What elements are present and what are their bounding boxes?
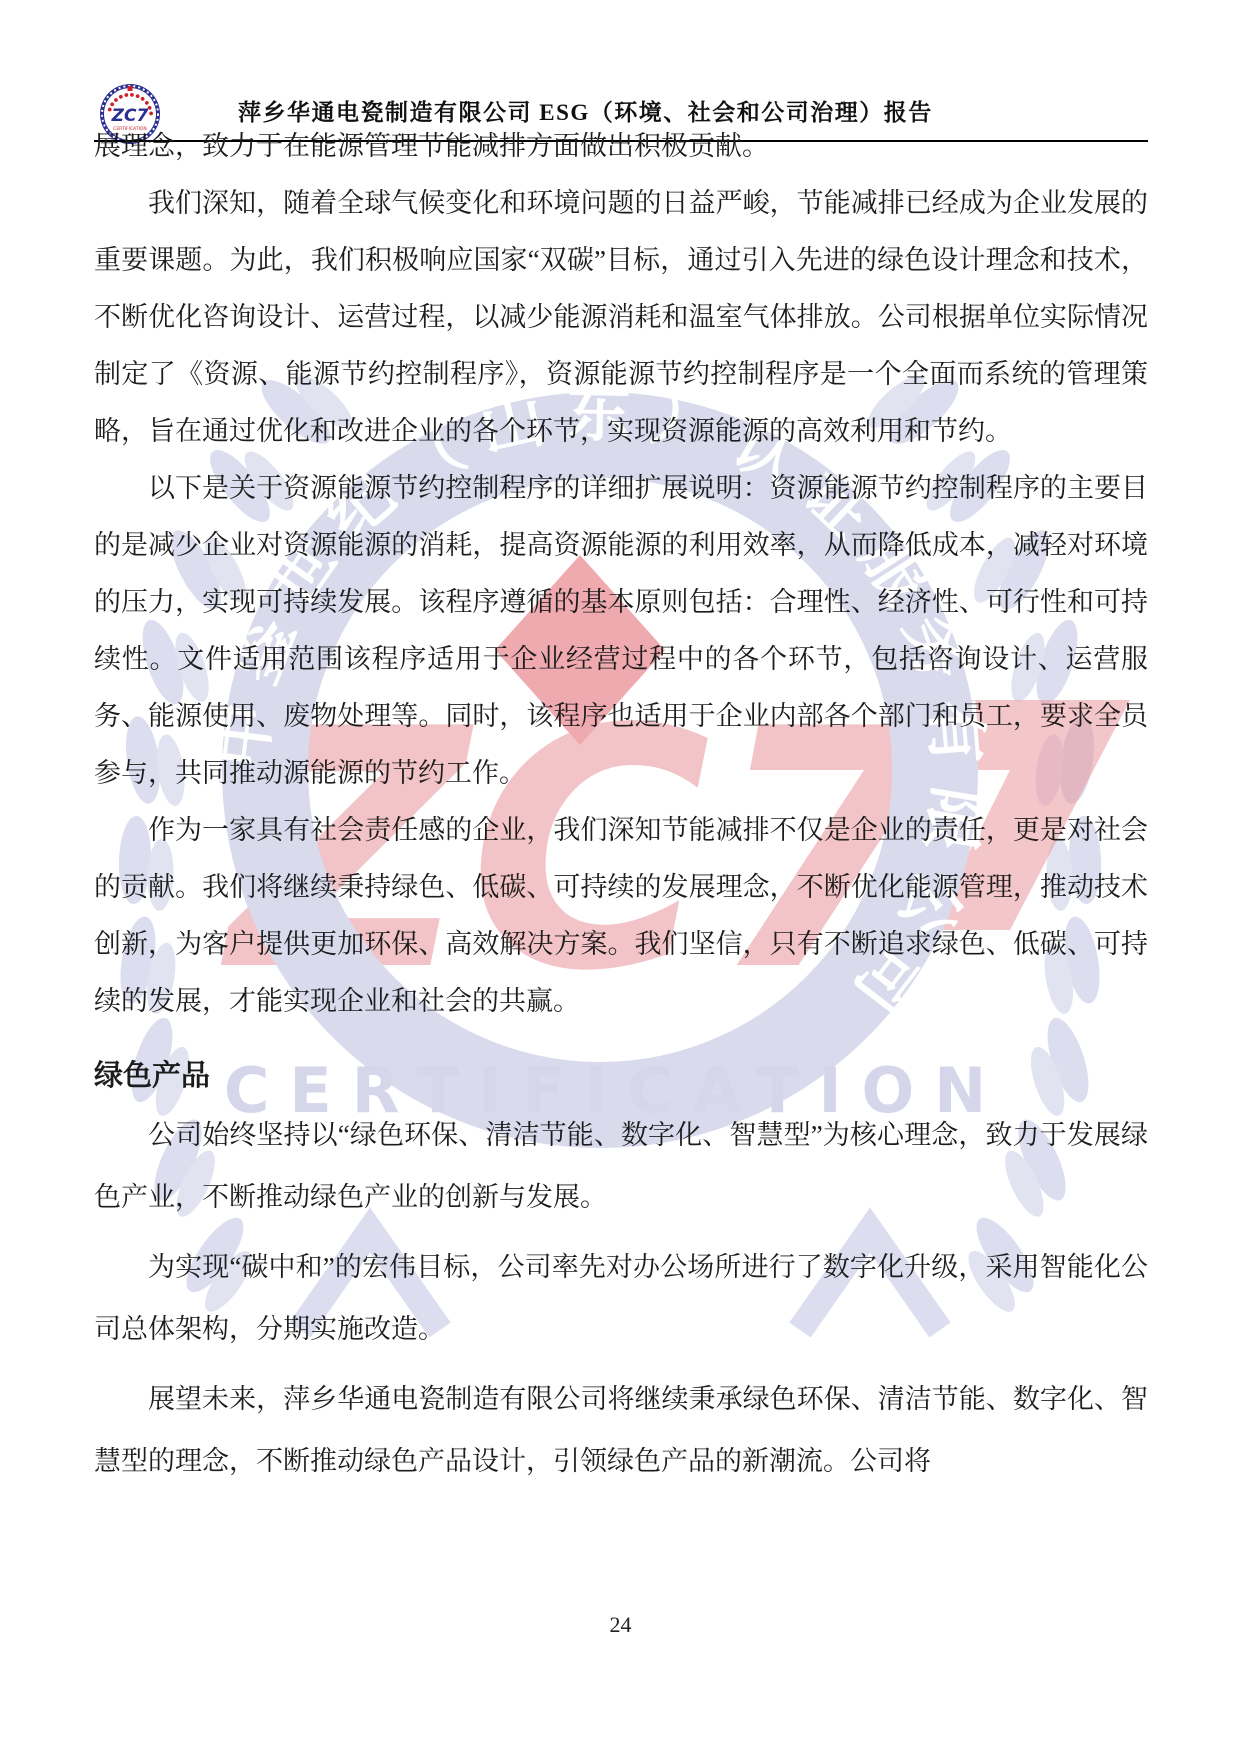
paragraph: 为实现“碳中和”的宏伟目标，公司率先对办公场所进行了数字化升级，采用智能化公司总… [94,1236,1148,1360]
document-page: ZC7 中鉴世纪（山东）认证服务有限公司 CERTIFICATION ●●●●●… [0,0,1241,1754]
section-energy-saving: 展理念，致力于在能源管理节能减排方面做出积极贡献。 我们深知，随着全球气候变化和… [94,118,1148,1030]
page-number: 24 [0,1612,1241,1638]
paragraph: 以下是关于资源能源节约控制程序的详细扩展说明：资源能源节约控制程序的主要目的是减… [94,460,1148,802]
document-body: 展理念，致力于在能源管理节能减排方面做出积极贡献。 我们深知，随着全球气候变化和… [94,118,1148,1492]
section-heading-green-products: 绿色产品 [94,1056,1148,1096]
section-green-products: 公司始终坚持以“绿色环保、清洁节能、数字化、智慧型”为核心理念，致力于发展绿色产… [94,1104,1148,1492]
logo-cross-icon [128,86,133,91]
paragraph: 作为一家具有社会责任感的企业，我们深知节能减排不仅是企业的责任，更是对社会的贡献… [94,802,1148,1030]
paragraph: 我们深知，随着全球气候变化和环境问题的日益严峻，节能减排已经成为企业发展的重要课… [94,175,1148,460]
paragraph: 公司始终坚持以“绿色环保、清洁节能、数字化、智慧型”为核心理念，致力于发展绿色产… [94,1104,1148,1228]
paragraph: 展理念，致力于在能源管理节能减排方面做出积极贡献。 [94,118,1148,175]
paragraph: 展望未来，萍乡华通电瓷制造有限公司将继续秉承绿色环保、清洁节能、数字化、智慧型的… [94,1368,1148,1492]
